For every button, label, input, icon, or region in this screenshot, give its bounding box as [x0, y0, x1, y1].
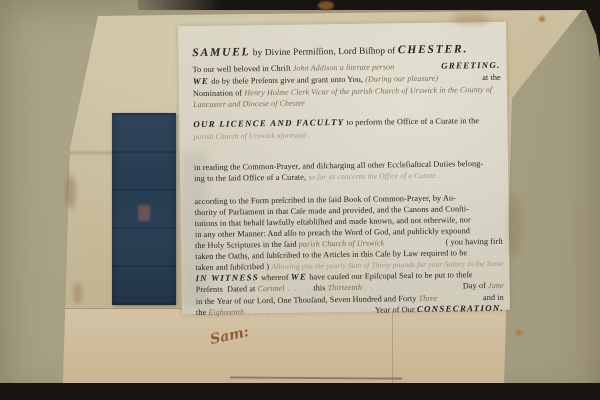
shadow-bottom-band [0, 383, 600, 400]
printed-text: whereof [259, 273, 291, 282]
printed-text: WE [291, 272, 307, 282]
printed-text: taken and ſubſcribed ) [195, 262, 271, 272]
printed-text [273, 313, 375, 314]
printed-text: and in [483, 292, 504, 303]
fold-crease [62, 152, 118, 154]
document-text: SAMUEL by Divine Permiſſion, Lord Biſhop… [192, 22, 504, 314]
printed-text: to perform the Office of a Curate in the [344, 116, 479, 127]
blue-ribbon [112, 113, 176, 305]
handwritten-text: Lancaster and Diocese of Chester [193, 99, 305, 110]
printed-text: IN WITNESS [195, 272, 259, 283]
printed-text: by Divine Permiſſion, Lord Biſhop of [250, 46, 398, 58]
printed-text: ing to the ſaid Office of a Curate, [194, 172, 308, 183]
printed-text [384, 245, 445, 246]
printed-text: the [196, 307, 209, 318]
handwritten-text: so far as concerns the Office of a Curat… [308, 171, 440, 182]
printed-text: Year of Our [375, 304, 417, 316]
stain [516, 330, 522, 336]
printed-text: do by theſe Preſents give and grant unto… [209, 74, 365, 87]
handwritten-text: Eighteenth [208, 306, 244, 317]
printed-text: Nomination of [193, 88, 245, 98]
handwritten-text: Cartmel [258, 283, 285, 294]
printed-text: SAMUEL [192, 46, 250, 59]
printed-text: at the [482, 72, 501, 83]
printed-text: . . . . [247, 307, 270, 318]
handwritten-text: parish Church of Urswick aforesaid . [193, 130, 310, 141]
printed-text: have cauſed our Epiſcopal Seal to be put… [307, 270, 473, 281]
printed-text: OUR LICENCE AND FACULTY [193, 117, 344, 129]
printed-text: ( you having firſt [445, 236, 503, 248]
handwritten-text: parish Church of Urswick [299, 237, 385, 249]
handwritten-text: John Addison a literate person [293, 61, 395, 73]
printed-text [438, 300, 483, 301]
printed-text: . . . . [287, 283, 310, 294]
printed-text: CONSECRATION. [417, 303, 504, 315]
printed-sheet: SAMUEL by Divine Permiſſion, Lord Biſhop… [178, 22, 510, 315]
parchment-bottom-flap [62, 308, 506, 384]
handwritten-text: Three [419, 293, 438, 304]
fold-crease [392, 309, 393, 384]
printed-text: this [313, 282, 328, 293]
printed-text [394, 69, 441, 70]
handwritten-text: (During our pleasure) [365, 73, 438, 85]
printed-text [378, 288, 463, 289]
handwritten-text: Thirteenth [328, 282, 362, 293]
printed-text: To our well beloved in Chriſt [193, 63, 293, 75]
handwritten-text: June [488, 280, 504, 291]
printed-text: . . [365, 283, 375, 294]
printed-text: Day of [463, 280, 488, 291]
printed-text: WE [193, 76, 209, 87]
photo-frame: SAMUEL by Divine Permiſſion, Lord Biſhop… [0, 0, 600, 400]
printed-text: CHESTER. [398, 43, 468, 56]
printed-text [438, 80, 482, 81]
printed-text: Preſents Dated at [196, 283, 258, 295]
revenue-stamp [138, 205, 150, 221]
printed-text: GREETING. [441, 60, 501, 72]
stain [508, 195, 522, 257]
document-line: SAMUEL by Divine Permiſſion, Lord Biſhop… [192, 43, 500, 61]
shadow-top-band [138, 0, 600, 10]
